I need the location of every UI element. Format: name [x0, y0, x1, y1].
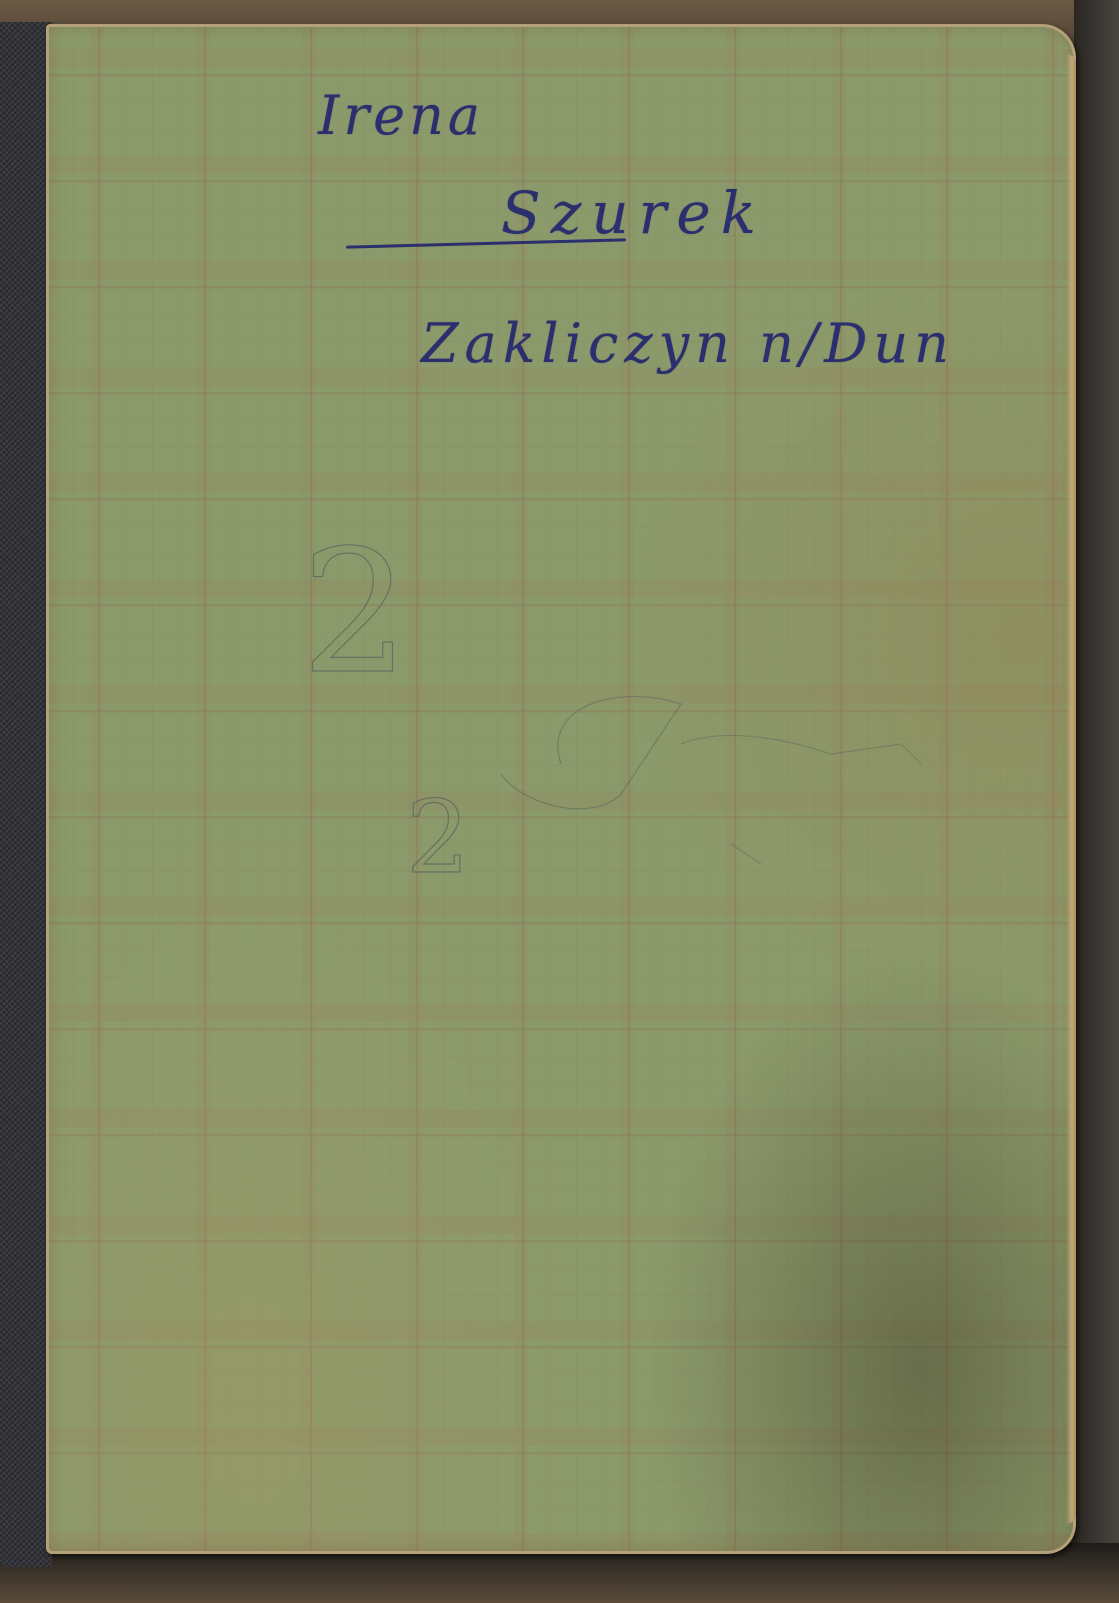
notebook-cover: Irena Szurek Zakliczyn n/Dun 2 2 — [46, 24, 1076, 1554]
pencil-digit-small: 2 — [406, 779, 470, 896]
pencil-digit-large: 2 — [301, 514, 409, 712]
frayed-edge — [1066, 54, 1076, 1524]
cloth-spine — [0, 22, 52, 1567]
handwritten-first-name: Irena — [318, 84, 484, 147]
handwritten-surname: Szurek — [501, 179, 766, 247]
handwritten-place: Zakliczyn n/Dun — [421, 312, 955, 375]
pencil-scribble-icon — [501, 684, 961, 864]
right-shadow — [1074, 0, 1119, 1603]
